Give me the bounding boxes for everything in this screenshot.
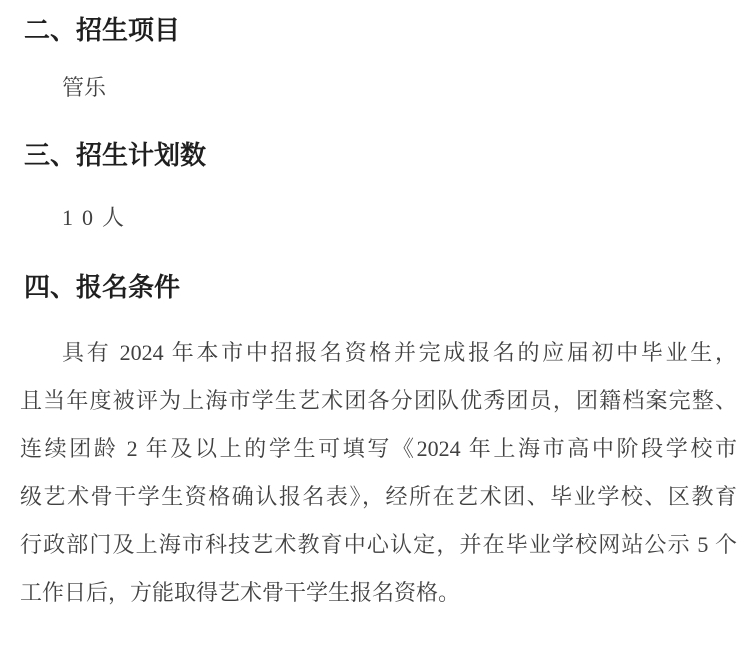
paragraph-line: 且当年度被评为上海市学生艺术团各分团队优秀团员，团籍档案完整、 (20, 388, 737, 436)
paragraph-line: 工作日后，方能取得艺术骨干学生报名资格。 (20, 580, 737, 606)
paragraph-line: 行政部门及上海市科技艺术教育中心认定，并在毕业学校网站公示 5 个 (20, 532, 737, 580)
section-heading-enrollment-project: 二、招生项目 (24, 15, 750, 45)
application-requirements-paragraph: 具有 2024 年本市中招报名资格并完成报名的应届初中毕业生， 且当年度被评为上… (20, 340, 737, 606)
enrollment-project-value: 管乐 (62, 75, 750, 101)
section-heading-application-requirements: 四、报名条件 (24, 272, 750, 302)
paragraph-line: 具有 2024 年本市中招报名资格并完成报名的应届初中毕业生， (20, 340, 737, 388)
paragraph-line: 连续团龄 2 年及以上的学生可填写《2024 年上海市高中阶段学校市 (20, 436, 737, 484)
paragraph-line: 级艺术骨干学生资格确认报名表》，经所在艺术团、毕业学校、区教育 (20, 484, 737, 532)
section-heading-enrollment-plan-count: 三、招生计划数 (24, 140, 750, 170)
enrollment-plan-count-value: 10人 (62, 205, 750, 231)
document-page: 二、招生项目 管乐 三、招生计划数 10人 四、报名条件 具有 2024 年本市… (0, 0, 750, 653)
